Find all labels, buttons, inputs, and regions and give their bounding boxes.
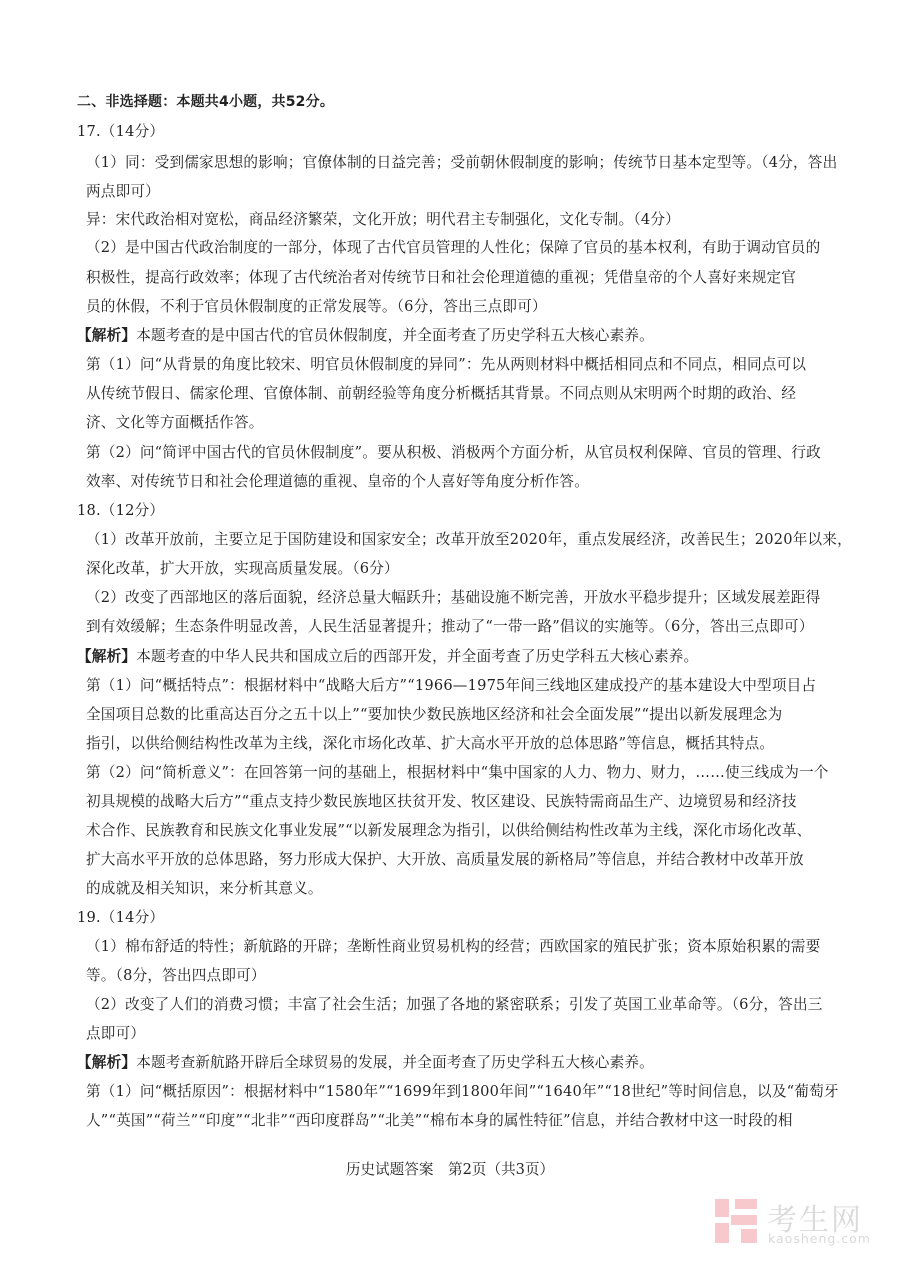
q17-line: 异：宋代政治相对宽松，商品经济繁荣，文化开放；明代君主专制强化，文化专制。（4分… [86, 210, 680, 230]
kaosheng-logo-icon [715, 1199, 757, 1243]
q18-analysis-line: 的成就及相关知识，来分析其意义。 [86, 879, 323, 899]
page-footer: 历史试题答案 第2页（共3页） [0, 1158, 900, 1179]
q18-line: 深化改革，扩大开放，实现高质量发展。（6分） [86, 559, 399, 579]
q18-analysis-line: 全国项目总数的比重高达百分之五十以上”“要加快少数民族地区经济和社会全面发展”“… [86, 705, 782, 725]
q17-line: 员的休假，不利于官员休假制度的正常发展等。（6分，答出三点即可） [86, 297, 547, 317]
q17-analysis-line: 第（2）问“简评中国古代的官员休假制度”。要从积极、消极两个方面分析，从官员权利… [86, 443, 821, 463]
q17-analysis-line: 济、文化等方面概括作答。 [86, 413, 264, 433]
q18-line: （2）改变了西部地区的落后面貌，经济总量大幅跃升；基础设施不断完善，开放水平稳步… [86, 588, 820, 608]
q17-line: 积极性，提高行政效率；体现了古代统治者对传统节日和社会伦理道德的重视；凭借皇帝的… [86, 268, 796, 288]
q18-analysis: 【解析】本题考查的中华人民共和国成立后的西部开发，并全面考查了历史学科五大核心素… [77, 647, 698, 667]
analysis-text: 本题考查的中华人民共和国成立后的西部开发，并全面考查了历史学科五大核心素养。 [136, 648, 698, 665]
q19-line: 等。（8分，答出四点即可） [86, 966, 266, 986]
q19-analysis-line: 人”“英国”“荷兰”“印度”“北非”“西印度群岛”“北美”“棉布本身的属性特征”… [86, 1111, 793, 1131]
q17-analysis-line: 第（1）问“从背景的角度比较宋、明官员休假制度的异同”：先从两则材料中概括相同点… [86, 355, 806, 375]
answer-page: 二、非选择题：本题共4小题，共52分。 17.（14分） （1）同：受到儒家思想… [0, 0, 900, 1263]
q19-analysis: 【解析】本题考查新航路开辟后全球贸易的发展，并全面考查了历史学科五大核心素养。 [77, 1053, 654, 1073]
analysis-tag: 【解析】 [77, 1054, 136, 1071]
section-heading: 二、非选择题：本题共4小题，共52分。 [77, 92, 334, 112]
watermark-en: kaosheng.com [768, 1231, 871, 1246]
watermark: 考生网 kaosheng.com [715, 1195, 895, 1250]
q17-analysis-line: 效率、对传统节日和社会伦理道德的重视、皇帝的个人喜好等角度分析作答。 [86, 472, 589, 492]
analysis-tag: 【解析】 [77, 648, 136, 665]
q18-analysis-line: 扩大高水平开放的总体思路，努力形成大保护、大开放、高质量发展的新格局”等信息，并… [86, 850, 804, 870]
q17-line: 两点即可） [86, 182, 160, 202]
q19-line: 点即可） [86, 1024, 145, 1044]
q17-line: （1）同：受到儒家思想的影响；官僚体制的日益完善；受前朝休假制度的影响；传统节日… [86, 153, 837, 173]
analysis-text: 本题考查的是中国古代的官员休假制度，并全面考查了历史学科五大核心素养。 [136, 327, 654, 344]
q17-title: 17.（14分） [77, 122, 164, 142]
q17-analysis-line: 从传统节假日、儒家伦理、官僚体制、前朝经验等角度分析概括其背景。不同点则从宋明两… [86, 384, 796, 404]
q18-analysis-line: 初具规模的战略大后方”“重点支持少数民族地区扶贫开发、牧区建设、民族特需商品生产… [86, 792, 797, 812]
q18-title: 18.（12分） [77, 501, 164, 521]
q17-line: （2）是中国古代政治制度的一部分，体现了古代官员管理的人性化；保障了官员的基本权… [86, 238, 820, 258]
q19-line: （2）改变了人们的消费习惯；丰富了社会生活；加强了各地的紧密联系；引发了英国工业… [86, 995, 823, 1015]
q18-line: 到有效缓解；生态条件明显改善，人民生活显著提升；推动了“一带一路”倡议的实施等。… [86, 617, 814, 637]
q18-analysis-line: 术合作、民族教育和民族文化事业发展”“以新发展理念为指引，以供给侧结构性改革为主… [86, 821, 811, 841]
q18-line: （1）改革开放前，主要立足于国防建设和国家安全；改革开放至2020年，重点发展经… [86, 530, 852, 550]
q17-analysis: 【解析】本题考查的是中国古代的官员休假制度，并全面考查了历史学科五大核心素养。 [77, 326, 654, 346]
analysis-text: 本题考查新航路开辟后全球贸易的发展，并全面考查了历史学科五大核心素养。 [136, 1054, 654, 1071]
q18-analysis-line: 第（1）问“概括特点”：根据材料中“战略大后方”“1966—1975年间三线地区… [86, 676, 816, 696]
q18-analysis-line: 第（2）问“简析意义”：在回答第一问的基础上，根据材料中“集中国家的人力、物力、… [86, 763, 829, 783]
analysis-tag: 【解析】 [77, 327, 136, 344]
q19-line: （1）棉布舒适的特性；新航路的开辟；垄断性商业贸易机构的经营；西欧国家的殖民扩张… [86, 937, 820, 957]
q19-analysis-line: 第（1）问“概括原因”：根据材料中“1580年”“1699年到1800年间”“1… [86, 1082, 839, 1102]
q18-analysis-line: 指引，以供给侧结构性改革为主线，深化市场化改革、扩大高水平开放的总体思路”等信息… [86, 734, 774, 754]
q19-title: 19.（14分） [77, 908, 164, 928]
